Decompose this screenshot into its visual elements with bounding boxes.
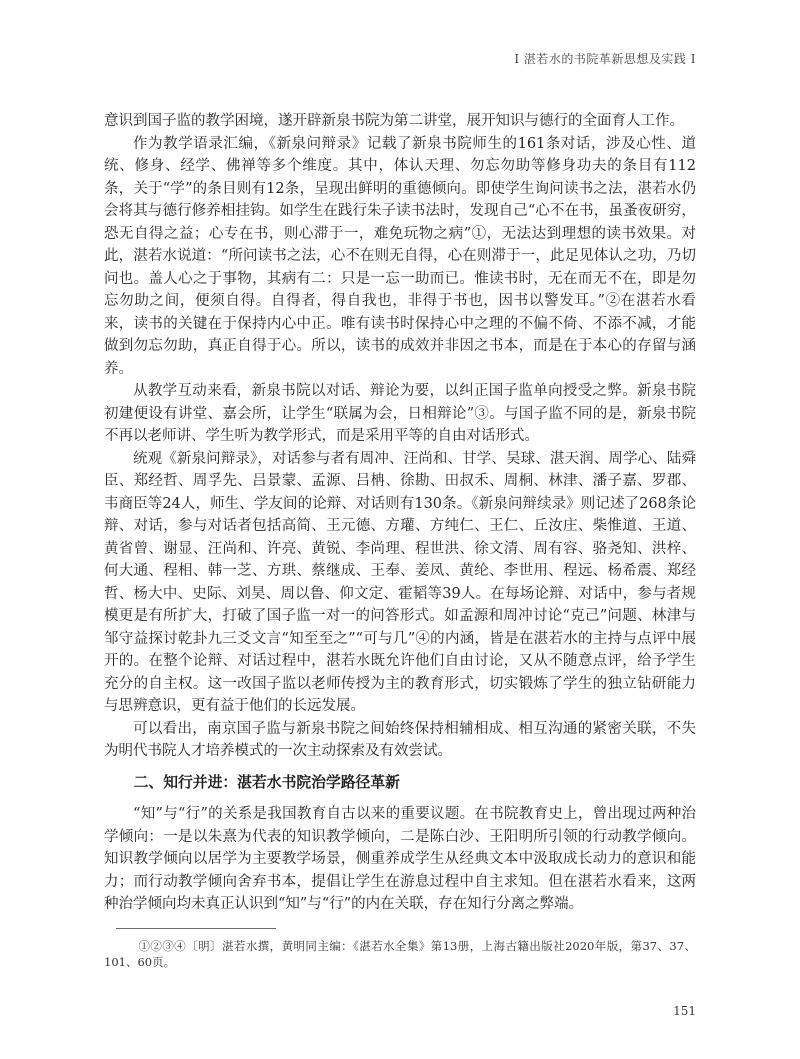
footnote-text: ①②③④〔明〕湛若水撰，黄明同主编：《湛若水全集》第13册，上海古籍出版社202… (104, 938, 696, 970)
section-heading: 二、知行并进：湛若水书院治学路径革新 (104, 772, 696, 795)
paragraph: 统观《新泉问辩录》，对话参与者有周冲、汪尚和、甘学、吴球、湛天润、周学心、陆舜臣… (104, 448, 696, 718)
footnote-divider (116, 928, 276, 929)
footnote-area: ①②③④〔明〕湛若水撰，黄明同主编：《湛若水全集》第13册，上海古籍出版社202… (104, 928, 696, 970)
paragraph: “知”与“行”的关系是我国教育自古以来的重要议题。在书院教育史上，曾出现过两种治… (104, 803, 696, 916)
book-page: Ⅰ 湛若水的书院革新思想及实践 Ⅰ 意识到国子监的教学困境，遂开辟新泉书院为第二… (0, 0, 800, 1059)
paragraph: 从教学互动来看，新泉书院以对话、辩论为要，以纠正国子监单向授受之弊。新泉书院初建… (104, 380, 696, 448)
paragraph: 作为教学语录汇编，《新泉问辩录》记载了新泉书院师生的161条对话，涉及心性、道统… (104, 133, 696, 381)
running-header: Ⅰ 湛若水的书院革新思想及实践 Ⅰ (514, 50, 696, 67)
paragraph-continuation: 意识到国子监的教学困境，遂开辟新泉书院为第二讲堂，展开知识与德行的全面育人工作。 (104, 110, 696, 133)
page-content: 意识到国子监的教学困境，遂开辟新泉书院为第二讲堂，展开知识与德行的全面育人工作。… (104, 110, 696, 916)
page-number: 151 (673, 1004, 696, 1018)
paragraph: 可以看出，南京国子监与新泉书院之间始终保持相辅相成、相互沟通的紧密关联，不失为明… (104, 718, 696, 763)
